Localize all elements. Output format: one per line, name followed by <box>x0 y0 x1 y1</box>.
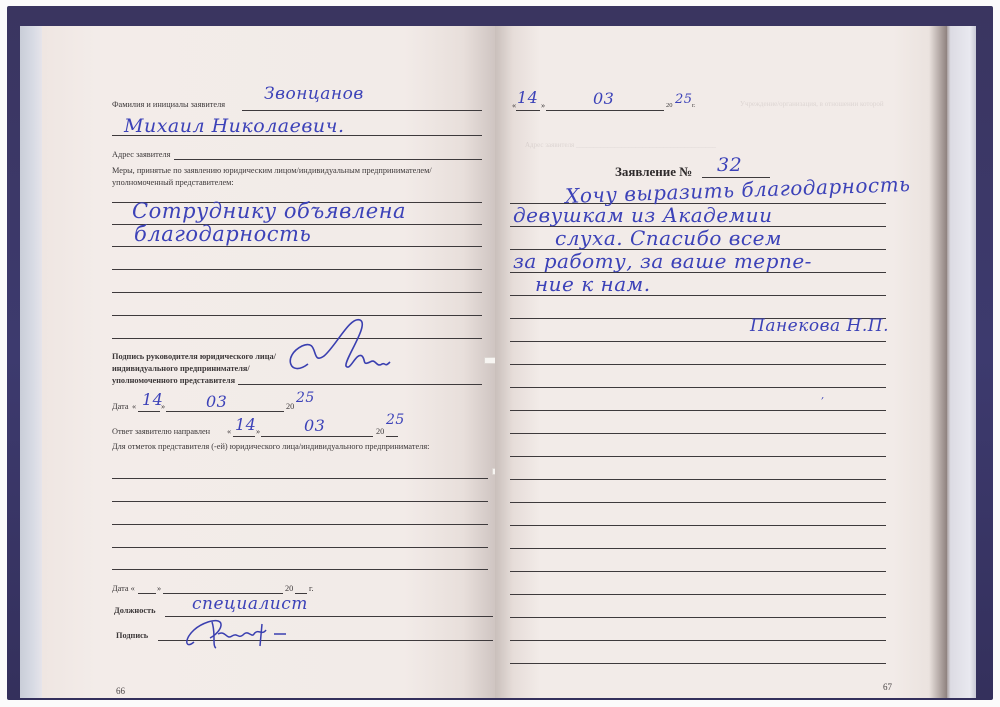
statement-line <box>510 594 886 595</box>
date-day-line <box>138 411 160 412</box>
statement-line <box>510 364 886 365</box>
page-number-right: 67 <box>883 682 892 692</box>
head-signature-icon <box>280 316 400 386</box>
bleed-through-text: Учреждение/организация, в отношении кото… <box>740 100 884 108</box>
measures-handwriting-1: Сотруднику объявлена <box>132 199 406 223</box>
head-signature-label-3: уполномоченного представителя <box>112 376 235 385</box>
notes-date-mid: » <box>157 584 161 593</box>
statement-line <box>510 548 886 549</box>
reply-month-line <box>261 436 373 437</box>
measures-handwriting-2: благодарность <box>134 222 311 246</box>
notes-line-3 <box>112 524 488 525</box>
statement-line <box>510 617 886 618</box>
applicant-name-handwriting: Звонцанов <box>264 84 364 104</box>
head-signature-label-1: Подпись руководителя юридического лица/ <box>112 352 276 361</box>
statement-line <box>510 640 886 641</box>
notes-line-4 <box>112 547 488 548</box>
author-signature: Панекова Н.П. <box>750 316 889 336</box>
right-date-year-unit: г. <box>692 102 696 109</box>
position-label: Должность <box>114 606 156 615</box>
bleed-through-text-2: Адрес заявителя ________________________… <box>525 141 716 149</box>
page-stack-edge-right <box>946 26 976 698</box>
statement-line <box>510 571 886 572</box>
right-date-month-value: 03 <box>593 89 614 108</box>
date-label: Дата <box>112 402 129 411</box>
reply-year-value: 25 <box>386 412 405 428</box>
right-date-open-quote: « <box>512 101 516 110</box>
left-page: Фамилия и инициалы заявителя Звонцанов М… <box>42 26 495 698</box>
reply-close-quote: » <box>256 427 260 436</box>
page-stack-edge-left <box>20 26 42 698</box>
reply-open-quote: « <box>227 427 231 436</box>
statement-text-line-4: за работу, за ваше терпе- <box>513 249 812 273</box>
date-month-value: 03 <box>206 392 227 411</box>
right-date-day-value: 14 <box>517 88 538 107</box>
notes-date-day-line <box>138 593 156 594</box>
right-date-year-prefix: 20 <box>666 102 673 109</box>
right-date-day-line <box>516 110 540 111</box>
statement-number: 32 <box>717 154 742 176</box>
right-date-close-quote: » <box>541 101 545 110</box>
notes-date-unit: г. <box>309 584 314 593</box>
applicant-address-line <box>174 159 482 160</box>
right-date-month-line <box>546 110 664 111</box>
notes-date-year-prefix: 20 <box>285 584 293 593</box>
applicant-name-label: Фамилия и инициалы заявителя <box>112 100 225 109</box>
statement-line <box>510 456 886 457</box>
applicant-name-handwriting-2: Михаил Николаевич. <box>124 115 345 137</box>
reply-day-value: 14 <box>235 415 256 434</box>
measures-line-4 <box>112 269 482 270</box>
applicant-name-line <box>242 110 482 111</box>
date-year-prefix: 20 <box>286 402 294 411</box>
measures-line-5 <box>112 292 482 293</box>
statement-line <box>510 525 886 526</box>
signature-label: Подпись <box>116 631 148 640</box>
notes-label: Для отметок представителя (-ей) юридичес… <box>112 442 429 451</box>
statement-text-line-2: девушкам из Академии <box>513 203 773 227</box>
notes-date-label: Дата « <box>112 584 135 593</box>
reply-year-prefix: 20 <box>376 427 384 436</box>
notes-line-1 <box>112 478 488 479</box>
page-number-left: 66 <box>116 686 125 696</box>
measures-line-3 <box>112 246 482 247</box>
right-date-year-value: 25 <box>675 92 693 107</box>
pen-mark: , <box>821 390 825 401</box>
statement-line <box>510 387 886 388</box>
statement-line <box>510 341 886 342</box>
reply-month-value: 03 <box>304 416 325 435</box>
statement-text-line-5: ние к нам. <box>535 272 651 296</box>
applicant-name-line-2 <box>112 135 482 136</box>
reply-sent-label: Ответ заявителю направлен <box>112 427 210 436</box>
position-handwriting: специалист <box>192 594 308 614</box>
date-month-line <box>166 411 284 412</box>
statement-line <box>510 433 886 434</box>
reply-year-line <box>386 436 398 437</box>
date-year-value: 25 <box>296 390 315 406</box>
employee-signature-icon <box>182 612 312 652</box>
statement-line <box>510 663 886 664</box>
statement-line <box>510 410 886 411</box>
statement-line <box>510 502 886 503</box>
date-day-value: 14 <box>142 390 163 409</box>
date-open-quote: « <box>132 402 136 411</box>
statement-text-line-3: слуха. Спасибо всем <box>555 226 782 250</box>
measures-label-2: уполномоченный представителем: <box>112 178 234 187</box>
statement-title: Заявление № <box>615 164 692 180</box>
applicant-address-label: Адрес заявителя <box>112 150 170 159</box>
head-signature-label-2: индивидуального предпринимателя/ <box>112 364 250 373</box>
notes-line-5 <box>112 569 488 570</box>
reply-day-line <box>233 436 255 437</box>
notes-line-2 <box>112 501 488 502</box>
statement-line <box>510 479 886 480</box>
right-page: Учреждение/организация, в отношении кото… <box>495 26 947 698</box>
measures-label-1: Меры, принятые по заявлению юридическим … <box>112 166 432 175</box>
